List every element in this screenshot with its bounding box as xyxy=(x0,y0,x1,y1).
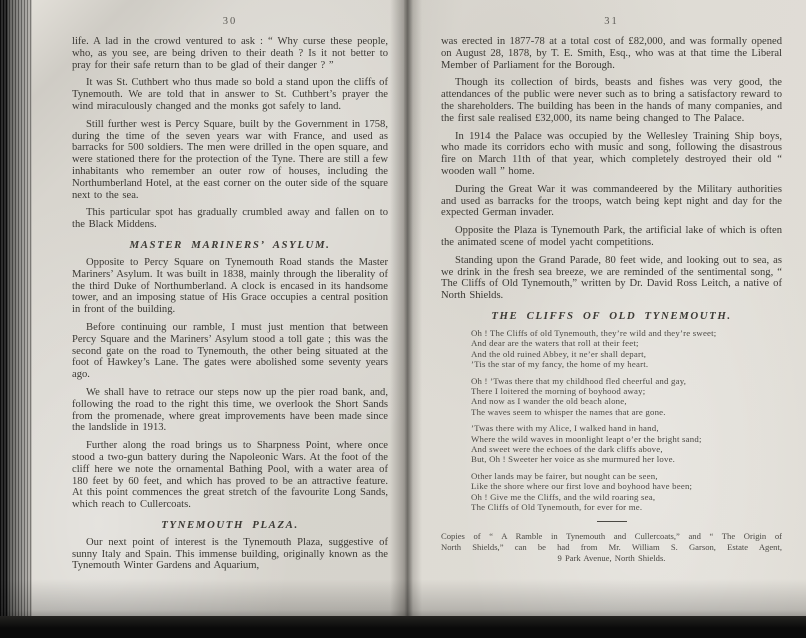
poem-line: And now as I wander the old beach alone, xyxy=(471,396,782,406)
poem-line: Where the wild waves in moonlight leapt … xyxy=(471,434,782,444)
paragraph: Further along the road brings us to Shar… xyxy=(72,440,388,511)
poem-line: Oh ! Give me the Cliffs, and the wild ro… xyxy=(471,492,782,502)
page-number-left: 30 xyxy=(72,16,388,27)
paragraph: During the Great War it was commandeered… xyxy=(441,184,782,219)
poem-line: The waves seem to whisper the names that… xyxy=(471,407,782,417)
scanner-bed-background xyxy=(0,616,806,638)
paragraph: We shall have to retrace our steps now u… xyxy=(72,387,388,434)
paragraph: Our next point of interest is the Tynemo… xyxy=(72,537,388,572)
poem: Oh ! The Cliffs of old Tynemouth, they’r… xyxy=(441,328,782,513)
paragraph: It was St. Cuthbert who thus made so bol… xyxy=(72,77,388,112)
poem-line: Other lands may be fairer, but nought ca… xyxy=(471,471,782,481)
footnote-line: 9 Park Avenue, North Shields. xyxy=(441,553,782,564)
book-page-left: 30 life. A lad in the crowd ventured to … xyxy=(32,0,404,616)
poem-line: Oh ! The Cliffs of old Tynemouth, they’r… xyxy=(471,328,782,338)
poem-stanza: Oh ! The Cliffs of old Tynemouth, they’r… xyxy=(471,328,782,370)
poem-line: There I loitered the morning of boyhood … xyxy=(471,386,782,396)
paragraph: life. A lad in the crowd ventured to ask… xyxy=(72,36,388,71)
paragraph: was erected in 1877-78 at a total cost o… xyxy=(441,36,782,71)
book-scan: 30 life. A lad in the crowd ventured to … xyxy=(0,0,806,638)
poem-line: And the old ruined Abbey, it ne’er shall… xyxy=(471,349,782,359)
book-page-right: 31 was erected in 1877-78 at a total cos… xyxy=(404,0,806,616)
poem-line: Oh ! ’Twas there that my childhood fled … xyxy=(471,376,782,386)
footnote: Copies of “ A Ramble in Tynemouth and Cu… xyxy=(441,531,782,563)
poem-line: ’Twas there with my Alice, I walked hand… xyxy=(471,423,782,433)
poem-line: But, Oh ! Sweeter her voice as she murmu… xyxy=(471,454,782,464)
poem-line: And dear are the waters that roll at the… xyxy=(471,338,782,348)
paragraph: Opposite to Percy Square on Tynemouth Ro… xyxy=(72,257,388,316)
footnote-line: Copies of “ A Ramble in Tynemouth and Cu… xyxy=(441,531,782,542)
footnote-line: North Shields,” can be had from Mr. Will… xyxy=(441,542,782,553)
poem-line: The Cliffs of Old Tynemouth, for ever fo… xyxy=(471,502,782,512)
poem-title: THE CLIFFS OF OLD TYNEMOUTH. xyxy=(441,310,782,322)
section-heading-tynemouth-plaza: TYNEMOUTH PLAZA. xyxy=(72,519,388,531)
paragraph: This particular spot has gradually crumb… xyxy=(72,207,388,231)
paragraph: In 1914 the Palace was occupied by the W… xyxy=(441,131,782,178)
page-edge-stack xyxy=(0,0,32,622)
poem-line: ’Tis the star of my fancy, the home of m… xyxy=(471,359,782,369)
paragraph: Though its collection of birds, beasts a… xyxy=(441,77,782,124)
section-heading-master-mariners-asylum: MASTER MARINERS’ ASYLUM. xyxy=(72,239,388,251)
poem-line: Like the shore where our first love and … xyxy=(471,481,782,491)
paragraph: Still further west is Percy Square, buil… xyxy=(72,119,388,202)
paragraph: Before continuing our ramble, I must jus… xyxy=(72,322,388,381)
paragraph: Standing upon the Grand Parade, 80 feet … xyxy=(441,255,782,302)
poem-line: And sweet were the echoes of the dark cl… xyxy=(471,444,782,454)
poem-stanza: Oh ! ’Twas there that my childhood fled … xyxy=(471,376,782,418)
paragraph: Opposite the Plaza is Tynemouth Park, th… xyxy=(441,225,782,249)
divider-rule xyxy=(597,521,627,522)
poem-stanza: ’Twas there with my Alice, I walked hand… xyxy=(471,423,782,465)
page-number-right: 31 xyxy=(441,16,782,27)
poem-stanza: Other lands may be fairer, but nought ca… xyxy=(471,471,782,513)
right-text-column: 31 was erected in 1877-78 at a total cos… xyxy=(404,0,806,563)
left-text-column: 30 life. A lad in the crowd ventured to … xyxy=(32,0,404,572)
